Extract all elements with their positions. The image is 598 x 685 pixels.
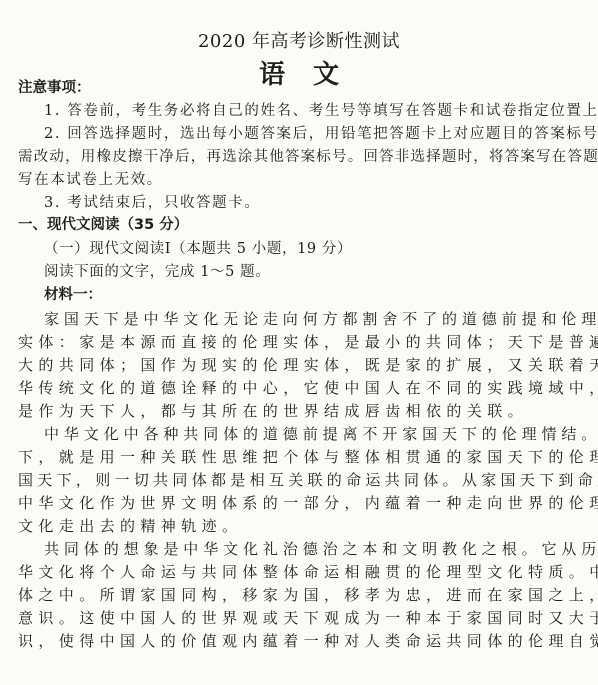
- material-1-line: 中华文化作为世界文明体系的一部分，内蕴着一种走向世界的伦理情结，并由此预设了中华: [18, 493, 598, 513]
- material-1-line: 大的共同体；国作为现实的伦理实体，既是家的扩展，又关联着天下之想象。家国天下是中: [18, 355, 598, 375]
- material-1-line: 识，使得中国人的价值观内蕴着一种对人类命运共同体的伦理自觉。: [18, 631, 598, 651]
- material-1-line: 家国天下是中华文化无论走向何方都割舍不了的道德前提和伦理情结。它指涉三种伦理: [44, 309, 598, 329]
- sub-section-heading: （一）现代文阅读Ⅰ（本题共 5 小题，19 分）: [44, 239, 352, 259]
- material-1-label: 材料一：: [44, 285, 102, 305]
- notice-line: 2. 回答选择题时，选出每小题答案后，用铅笔把答题卡上对应题目的答案标号涂黑。如: [44, 124, 598, 144]
- material-1-line: 体之中。所谓家国同构，移家为国，移孝为忠，进而在家国之上，扩展为一种公天下的世界: [18, 585, 598, 605]
- material-1-line: 意识。这使中国人的世界观或天下观成为一种本于家国同时又大于家国或高于家国的世界意: [18, 608, 598, 628]
- section-heading: 一、现代文阅读（35 分）: [18, 215, 188, 235]
- notice-line: 3. 考试结束后，只收答题卡。: [44, 193, 260, 213]
- notice-line: 1. 答卷前，考生务必将自己的姓名、考生号等填写在答题卡和试卷指定位置上。: [44, 101, 598, 121]
- material-1-line: 中华文化中各种共同体的道德前提离不开家国天下的伦理情结。以此观家、观国、观天: [44, 424, 598, 444]
- exam-title: 2020 年高考诊断性测试: [0, 27, 598, 53]
- subject-char: 语: [259, 60, 285, 90]
- notice-line: 写在本试卷上无效。: [18, 170, 163, 190]
- material-1-line: 共同体的想象是中华文化礼治德治之本和文明教化之根。它从历史深处走来，构成了中: [44, 539, 598, 559]
- material-1-line: 华传统文化的道德诠释的中心，它使中国人在不同的实践境域中，无论是作为家人、国人还: [18, 378, 598, 398]
- material-1-line: 国天下，则一切共同体都是相互关联的命运共同体。从家国天下到命运共同体的内在延展看…: [18, 470, 598, 490]
- notice-line: 需改动，用橡皮擦干净后，再选涂其他答案标号。回答非选择题时，将答案写在答题卡上。: [18, 147, 598, 167]
- material-1-line: 下，就是用一种关联性思维把个体与整体相贯通的家国天下的伦理观。用这种伦理观看待家: [18, 447, 598, 467]
- material-1-line: 文化走出去的精神轨迹。: [18, 516, 242, 536]
- material-1-line: 是作为天下人，都与其所在的世界结成唇齿相依的关联。: [18, 401, 528, 421]
- notice-heading: 注意事项：: [18, 78, 91, 98]
- subject-char: 文: [313, 60, 339, 90]
- instruction-text: 阅读下面的文字，完成 1～5 题。: [44, 262, 270, 282]
- material-1-line: 华文化将个人命运与共同体整体命运相融贯的伦理型文化特质。中华文化的根脉深植于共同: [18, 562, 598, 582]
- material-1-line: 实体：家是本源而直接的伦理实体，是最小的共同体；天下是普遍而抽象的伦理实体，是最: [18, 332, 598, 352]
